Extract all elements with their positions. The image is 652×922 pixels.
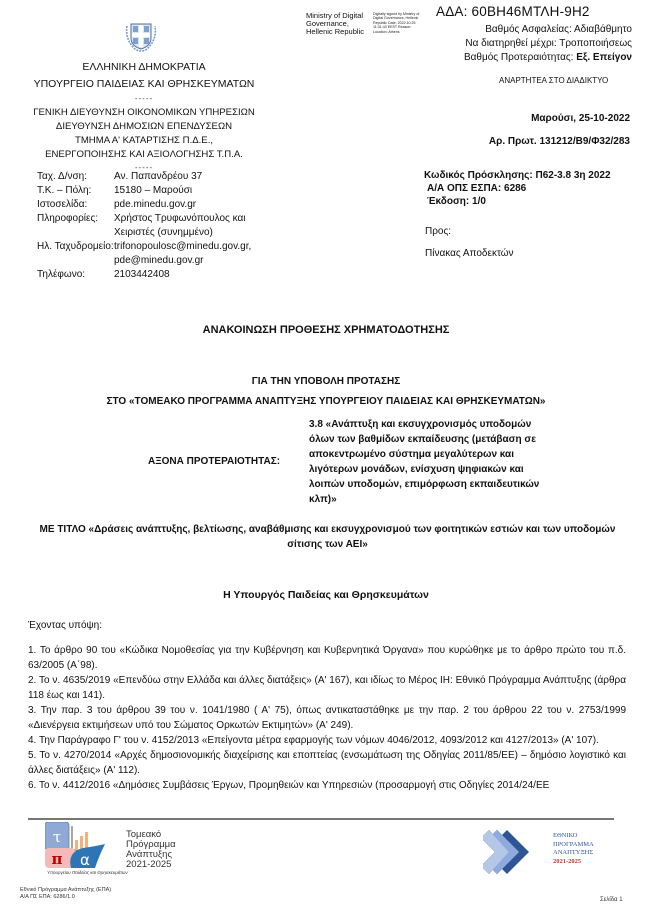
program-name: ΣΤΟ «ΤΟΜΕΑΚΟ ΠΡΟΓΡΑΜΜΑ ΑΝΑΠΤΥΞΗΣ ΥΠΟΥΡΓΕ… bbox=[0, 396, 652, 407]
priority-value: Εξ. Επείγον bbox=[576, 52, 632, 63]
epa-line: ΕΘΝΙΚΟ bbox=[553, 832, 594, 841]
page-number: Σελίδα 1 bbox=[600, 897, 623, 903]
priority-axis-text: 3.8 «Ανάπτυξη και εκσυγχρονισμός υποδομώ… bbox=[309, 417, 559, 507]
epa-line: ΑΝΑΠΤΥΞΗΣ bbox=[553, 849, 594, 858]
minister-heading: Η Υπουργός Παιδείας και Θρησκευμάτων bbox=[0, 589, 652, 601]
contact-value: Αν. Παπανδρέου 37 bbox=[114, 170, 274, 184]
footer-divider bbox=[28, 818, 614, 820]
contact-label: Τηλέφωνο: bbox=[37, 268, 114, 282]
footer-note-line: Εθνικό Πρόγραμμα Ανάπτυξης (ΕΠΑ) bbox=[20, 887, 111, 894]
contact-label: Ηλ. Ταχυδρομείο: bbox=[37, 240, 114, 268]
list-item: 1. Το άρθρο 90 του «Κώδικα Νομοθεσίας γι… bbox=[28, 643, 626, 673]
legal-basis-list: 1. Το άρθρο 90 του «Κώδικα Νομοθεσίας γι… bbox=[28, 643, 626, 793]
epa-line: ΠΡΟΓΡΑΜΜΑ bbox=[553, 841, 594, 850]
greek-coat-of-arms-icon bbox=[123, 16, 159, 54]
protocol-number: Αρ. Πρωτ. 131212/Β9/Φ32/283 bbox=[489, 136, 630, 149]
contact-value: 15180 – Μαρούσι bbox=[114, 184, 274, 198]
republic-name: ΕΛΛΗΝΙΚΗ ΔΗΜΟΚΡΑΤΙΑ bbox=[0, 60, 288, 74]
svg-text:τ: τ bbox=[53, 828, 61, 846]
retain-until: Να διατηρηθεί μέχρι: Τροποποιήσεως bbox=[465, 37, 632, 51]
directorate-line: ΤΜΗΜΑ Α' ΚΑΤΑΡΤΙΣΗΣ Π.Δ.Ε., bbox=[0, 134, 288, 148]
document-subtitle: ΓΙΑ ΤΗΝ ΥΠΟΒΟΛΗ ΠΡΟΤΑΣΗΣ bbox=[0, 376, 652, 387]
action-title: ΜΕ ΤΙΤΛΟ «Δράσεις ανάπτυξης, βελτίωσης, … bbox=[30, 522, 625, 552]
digital-signature-org: Ministry of Digital Governance, Hellenic… bbox=[306, 12, 366, 36]
recipients: Πίνακας Αποδεκτών bbox=[425, 248, 514, 261]
ops-espa: Α/Α ΟΠΣ ΕΣΠΑ: 6286 bbox=[427, 183, 526, 196]
contact-value: 2103442408 bbox=[114, 268, 274, 282]
contact-row-info: Πληροφορίες: Χρήστος Τρυφωνόπουλος και Χ… bbox=[37, 212, 274, 240]
directorate-line: ΔΙΕΥΘΥΝΣΗ ΔΗΜΟΣΙΩΝ ΕΠΕΝΔΥΣΕΩΝ bbox=[0, 120, 288, 134]
list-item: 4. Την Παράγραφο Γ' του ν. 4152/2013 «Επ… bbox=[28, 733, 626, 748]
footer-note-line: Α/Α ΠΣ ΕΠΑ: 6286/1.0 bbox=[20, 894, 111, 901]
version: Έκδοση: 1/0 bbox=[427, 196, 486, 209]
to-label: Προς: bbox=[425, 226, 451, 239]
considering-label: Έχοντας υπόψη: bbox=[28, 620, 102, 631]
footer-note: Εθνικό Πρόγραμμα Ανάπτυξης (ΕΠΑ) Α/Α ΠΣ … bbox=[20, 887, 111, 901]
contact-row-address: Ταχ. Δ/νση: Αν. Παπανδρέου 37 bbox=[37, 170, 274, 184]
email-link[interactable]: trifonopoulosc@minedu.gov.gr, pde@minedu… bbox=[114, 240, 274, 268]
contact-row-website: Ιστοσελίδα: pde.minedu.gov.gr bbox=[37, 198, 274, 212]
contact-label: Ιστοσελίδα: bbox=[37, 198, 114, 212]
list-item: 5. Το ν. 4270/2014 «Αρχές δημοσιονομικής… bbox=[28, 748, 626, 778]
contact-row-email: Ηλ. Ταχυδρομείο: trifonopoulosc@minedu.g… bbox=[37, 240, 274, 268]
priority-axis-label: ΑΞΟΝΑ ΠΡΟΤΕΡΑΙΟΤΗΤΑΣ: bbox=[148, 456, 280, 467]
list-item: 2. Το ν. 4635/2019 «Επενδύω στην Ελλάδα … bbox=[28, 673, 626, 703]
tpa-logo-icon: τ π α bbox=[45, 822, 105, 872]
ada-code: ΑΔΑ: 60ΒΗ46ΜΤΛΗ-9Η2 bbox=[436, 4, 590, 19]
list-item: 6. Το ν. 4412/2016 «Δημόσιες Συμβάσεις Έ… bbox=[28, 778, 626, 793]
website-link[interactable]: pde.minedu.gov.gr bbox=[114, 198, 274, 212]
directorate-line: ΓΕΝΙΚΗ ΔΙΕΥΘΥΝΣΗ ΟΙΚΟΝΟΜΙΚΩΝ ΥΠΗΡΕΣΙΩΝ bbox=[0, 106, 288, 120]
epa-logo-text: ΕΘΝΙΚΟ ΠΡΟΓΡΑΜΜΑ ΑΝΑΠΤΥΞΗΣ 2021-2025 bbox=[553, 832, 594, 866]
svg-text:π: π bbox=[52, 850, 63, 868]
digital-signature-details: Digitally signed by Ministry of Digital … bbox=[373, 12, 423, 34]
ministry-name: ΥΠΟΥΡΓΕΙΟ ΠΑΙΔΕΙΑΣ ΚΑΙ ΘΡΗΣΚΕΥΜΑΤΩΝ bbox=[0, 77, 288, 91]
call-code: Κωδικός Πρόσκλησης: Π62-3.8 3η 2022 bbox=[424, 170, 611, 183]
contact-label: Πληροφορίες: bbox=[37, 212, 114, 240]
priority-level: Βαθμός Προτεραιότητας: Εξ. Επείγον bbox=[464, 51, 632, 65]
epa-line: 2021-2025 bbox=[553, 858, 594, 867]
tpa-logo-subtitle: Υπουργείου Παιδείας και Θρησκευμάτων bbox=[47, 870, 128, 875]
svg-text:α: α bbox=[80, 851, 90, 869]
post-online-note: ΑΝΑΡΤΗΤΕΑ ΣΤΟ ΔΙΑΔΙΚΤΥΟ bbox=[499, 76, 608, 85]
contact-row-city: Τ.Κ. – Πόλη: 15180 – Μαρούσι bbox=[37, 184, 274, 198]
place-date: Μαρούσι, 25-10-2022 bbox=[531, 113, 630, 126]
list-item: 3. Την παρ. 3 του άρθρου 39 του ν. 1041/… bbox=[28, 703, 626, 733]
tpa-line: 2021-2025 bbox=[126, 860, 176, 870]
tpa-logo-text: Τομεακό Πρόγραμμα Ανάπτυξης 2021-2025 bbox=[126, 830, 176, 870]
security-level: Βαθμός Ασφαλείας: Αδιαβάθμητο bbox=[485, 23, 632, 37]
priority-label: Βαθμός Προτεραιότητας: bbox=[464, 52, 576, 63]
document-title: ΑΝΑΚΟΙΝΩΣΗ ΠΡΟΘΕΣΗΣ ΧΡΗΜΑΤΟΔΟΤΗΣΗΣ bbox=[0, 324, 652, 336]
contact-label: Ταχ. Δ/νση: bbox=[37, 170, 114, 184]
contact-row-phone: Τηλέφωνο: 2103442408 bbox=[37, 268, 274, 282]
separator: ----- bbox=[0, 92, 288, 106]
epa-chevron-logo-icon bbox=[483, 826, 543, 876]
contact-details: Ταχ. Δ/νση: Αν. Παπανδρέου 37 Τ.Κ. – Πόλ… bbox=[37, 170, 274, 282]
contact-label: Τ.Κ. – Πόλη: bbox=[37, 184, 114, 198]
contact-value: Χρήστος Τρυφωνόπουλος και Χειριστές (συν… bbox=[114, 212, 274, 240]
directorate-line: ΕΝΕΡΓΟΠΟΙΗΣΗΣ ΚΑΙ ΑΞΙΟΛΟΓΗΣΗΣ Τ.Π.Α. bbox=[0, 148, 288, 162]
